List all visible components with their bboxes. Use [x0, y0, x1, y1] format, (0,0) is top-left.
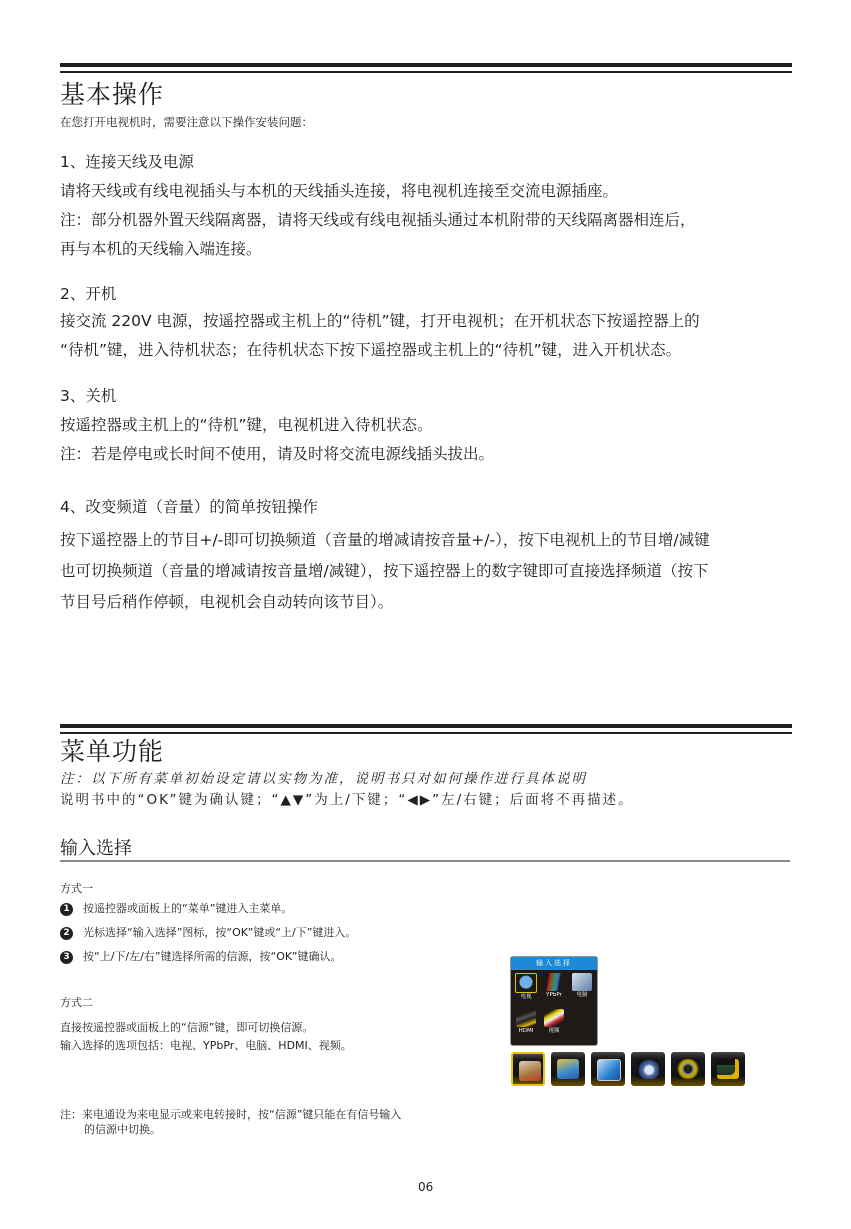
input-select-note-line: 的信源中切换。	[84, 1122, 161, 1137]
settings-gear-icon	[671, 1052, 705, 1086]
paragraph-line: “待机”键，进入待机状态；在待机状态下按下遥控器或主机上的“待机”键，进入开机状…	[60, 340, 681, 360]
step-text: 按遥控器或面板上的“菜单”键进入主菜单。	[83, 902, 292, 916]
input-source-icon	[511, 1052, 545, 1086]
paragraph-line: 接交流 220V 电源，按遥控器或主机上的“待机”键，打开电视机；在开机状态下按…	[60, 311, 700, 331]
heading-change-channel: 4、改变频道（音量）的简单按钮操作	[60, 497, 318, 517]
step-item: 3 按“上/下/左/右”键选择所需的信源，按“OK”键确认。	[60, 950, 341, 964]
subsection-title-input-select: 输入选择	[60, 838, 132, 860]
menu-divider-thin	[60, 732, 792, 734]
menu-keys-line: 说明书中的“OK”键为确认键；“▲▼”为上/下键；“◀▶”左/右键；后面将不再描…	[60, 788, 634, 808]
menu-option-video: 视频	[542, 1009, 566, 1035]
section-title-basic-operation: 基本操作	[60, 80, 164, 110]
picture-screen-icon	[591, 1052, 625, 1086]
antenna-icon	[515, 973, 537, 993]
paragraph-line: 按下遥控器上的节目+/-即可切换频道（音量的增减请按音量+/-），按下电视机上的…	[60, 530, 710, 550]
menu-option-hdmi: HDMI	[514, 1009, 538, 1035]
menu-divider-thick	[60, 724, 792, 728]
heading-power-on: 2、开机	[60, 284, 116, 304]
page-number: 06	[418, 1180, 433, 1194]
input-select-menu-title: 输入选择	[511, 957, 597, 970]
component-cable-icon	[544, 973, 564, 991]
step-text: 光标选择“输入选择”图标，按“OK”键或“上/下”键进入。	[83, 926, 356, 940]
menu-option-ypbpr: YPbPr	[542, 973, 566, 999]
step-text: 按“上/下/左/右”键选择所需的信源，按“OK”键确认。	[83, 950, 341, 964]
step-number-badge: 3	[60, 951, 73, 964]
step-item: 1 按遥控器或面板上的“菜单”键进入主菜单。	[60, 902, 292, 916]
folder-media-icon	[551, 1052, 585, 1086]
heading-connect-antenna: 1、连接天线及电源	[60, 152, 194, 172]
section-title-menu-functions: 菜单功能	[60, 737, 164, 767]
menu-note: 注：以下所有菜单初始设定请以实物为准，说明书只对如何操作进行具体说明	[60, 767, 587, 787]
av-cable-icon	[544, 1009, 564, 1027]
paragraph-line: 注：若是停电或长时间不使用，请及时将交流电源线插头拔出。	[60, 444, 494, 464]
subsection-divider	[60, 860, 790, 862]
paragraph-line: 按遥控器或主机上的“待机”键，电视机进入待机状态。	[60, 415, 433, 435]
paragraph-line: 再与本机的天线输入端连接。	[60, 239, 262, 259]
step-item: 2 光标选择“输入选择”图标，按“OK”键或“上/下”键进入。	[60, 926, 356, 940]
top-divider-thick	[60, 63, 792, 67]
method-two-label: 方式二	[60, 995, 93, 1010]
step-number-badge: 2	[60, 927, 73, 940]
computer-icon	[572, 973, 592, 991]
search-signal-icon	[711, 1052, 745, 1086]
hdmi-cable-icon	[516, 1009, 536, 1027]
paragraph-line: 请将天线或有线电视插头与本机的天线插头连接，将电视机连接至交流电源插座。	[60, 181, 618, 201]
method-one-label: 方式一	[60, 881, 93, 896]
menu-option-pc: 电脑	[570, 973, 594, 999]
input-select-menu-screenshot: 输入选择 电视 YPbPr 电脑 HDMI 视频	[510, 956, 598, 1046]
input-select-note-line: 注：来电通设为来电显示或来电转接时，按“信源”键只能在有信号输入	[60, 1107, 401, 1122]
menu-option-tv: 电视	[514, 973, 538, 1001]
main-menu-icon-row	[511, 1052, 745, 1086]
heading-power-off: 3、关机	[60, 386, 116, 406]
section-intro: 在您打开电视机时，需要注意以下操作安装问题：	[60, 114, 313, 130]
paragraph-line: 注：部分机器外置天线隔离器，请将天线或有线电视插头通过本机附带的天线隔离器相连后…	[60, 210, 696, 230]
top-divider-thin	[60, 71, 792, 73]
speaker-sound-icon	[631, 1052, 665, 1086]
method-two-line: 输入选择的选项包括：电视、YPbPr、电脑、HDMI、视频。	[60, 1038, 352, 1053]
paragraph-line: 节目号后稍作停顿，电视机会自动转向该节目）。	[60, 592, 393, 612]
step-number-badge: 1	[60, 903, 73, 916]
method-two-line: 直接按遥控器或面板上的“信源”键，即可切换信源。	[60, 1020, 313, 1035]
paragraph-line: 也可切换频道（音量的增减请按音量增/减键），按下遥控器上的数字键即可直接选择频道…	[60, 561, 708, 581]
